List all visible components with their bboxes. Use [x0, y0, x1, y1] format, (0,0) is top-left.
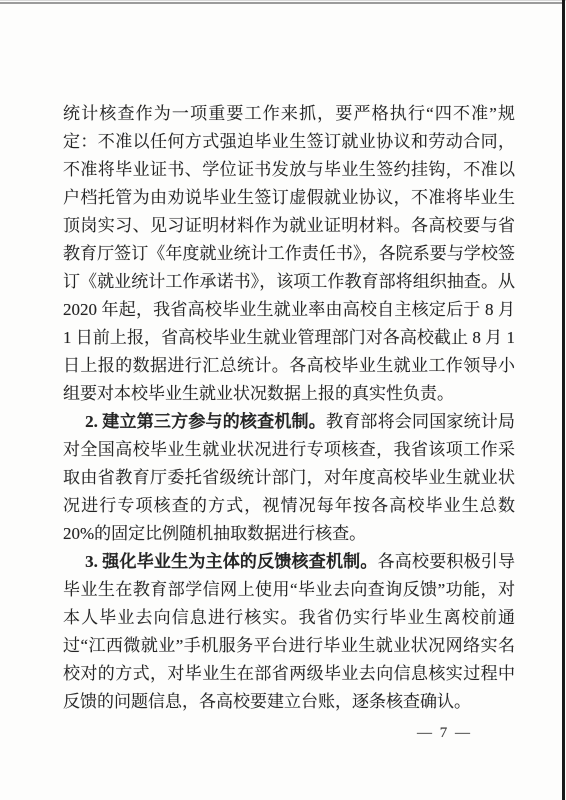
paragraph-text: 教育部将会同国家统计局对全国高校毕业生就业状况进行专项核查，我省该项工作采取由省… — [63, 412, 515, 543]
paragraph-text: 各高校要积极引导毕业生在教育部学信网上使用“毕业去向查询反馈”功能，对本人毕业去… — [63, 552, 515, 711]
paragraph-lead-bold: 3. 强化毕业生为主体的反馈核查机制。 — [85, 552, 377, 571]
paragraph-continuation: 统计核查作为一项重要工作来抓，要严格执行“四不准”规定：不准以任何方式强迫毕业生… — [63, 100, 515, 408]
scan-artifact-top-edge-line — [0, 2, 564, 4]
paragraph-item-2: 2. 建立第三方参与的核查机制。教育部将会同国家统计局对全国高校毕业生就业状况进… — [63, 408, 515, 548]
document-body: 统计核查作为一项重要工作来抓，要严格执行“四不准”规定：不准以任何方式强迫毕业生… — [63, 100, 515, 716]
scanned-document-page: 统计核查作为一项重要工作来抓，要严格执行“四不准”规定：不准以任何方式强迫毕业生… — [0, 0, 566, 800]
paragraph-text: 统计核查作为一项重要工作来抓，要严格执行“四不准”规定：不准以任何方式强迫毕业生… — [63, 104, 515, 403]
scan-artifact-top-faint-line — [0, 0, 566, 1]
scan-artifact-right-edge-line — [562, 0, 565, 800]
paragraph-lead-bold: 2. 建立第三方参与的核查机制。 — [85, 412, 326, 431]
paragraph-item-3: 3. 强化毕业生为主体的反馈核查机制。各高校要积极引导毕业生在教育部学信网上使用… — [63, 548, 515, 716]
page-number: — 7 — — [417, 725, 472, 742]
